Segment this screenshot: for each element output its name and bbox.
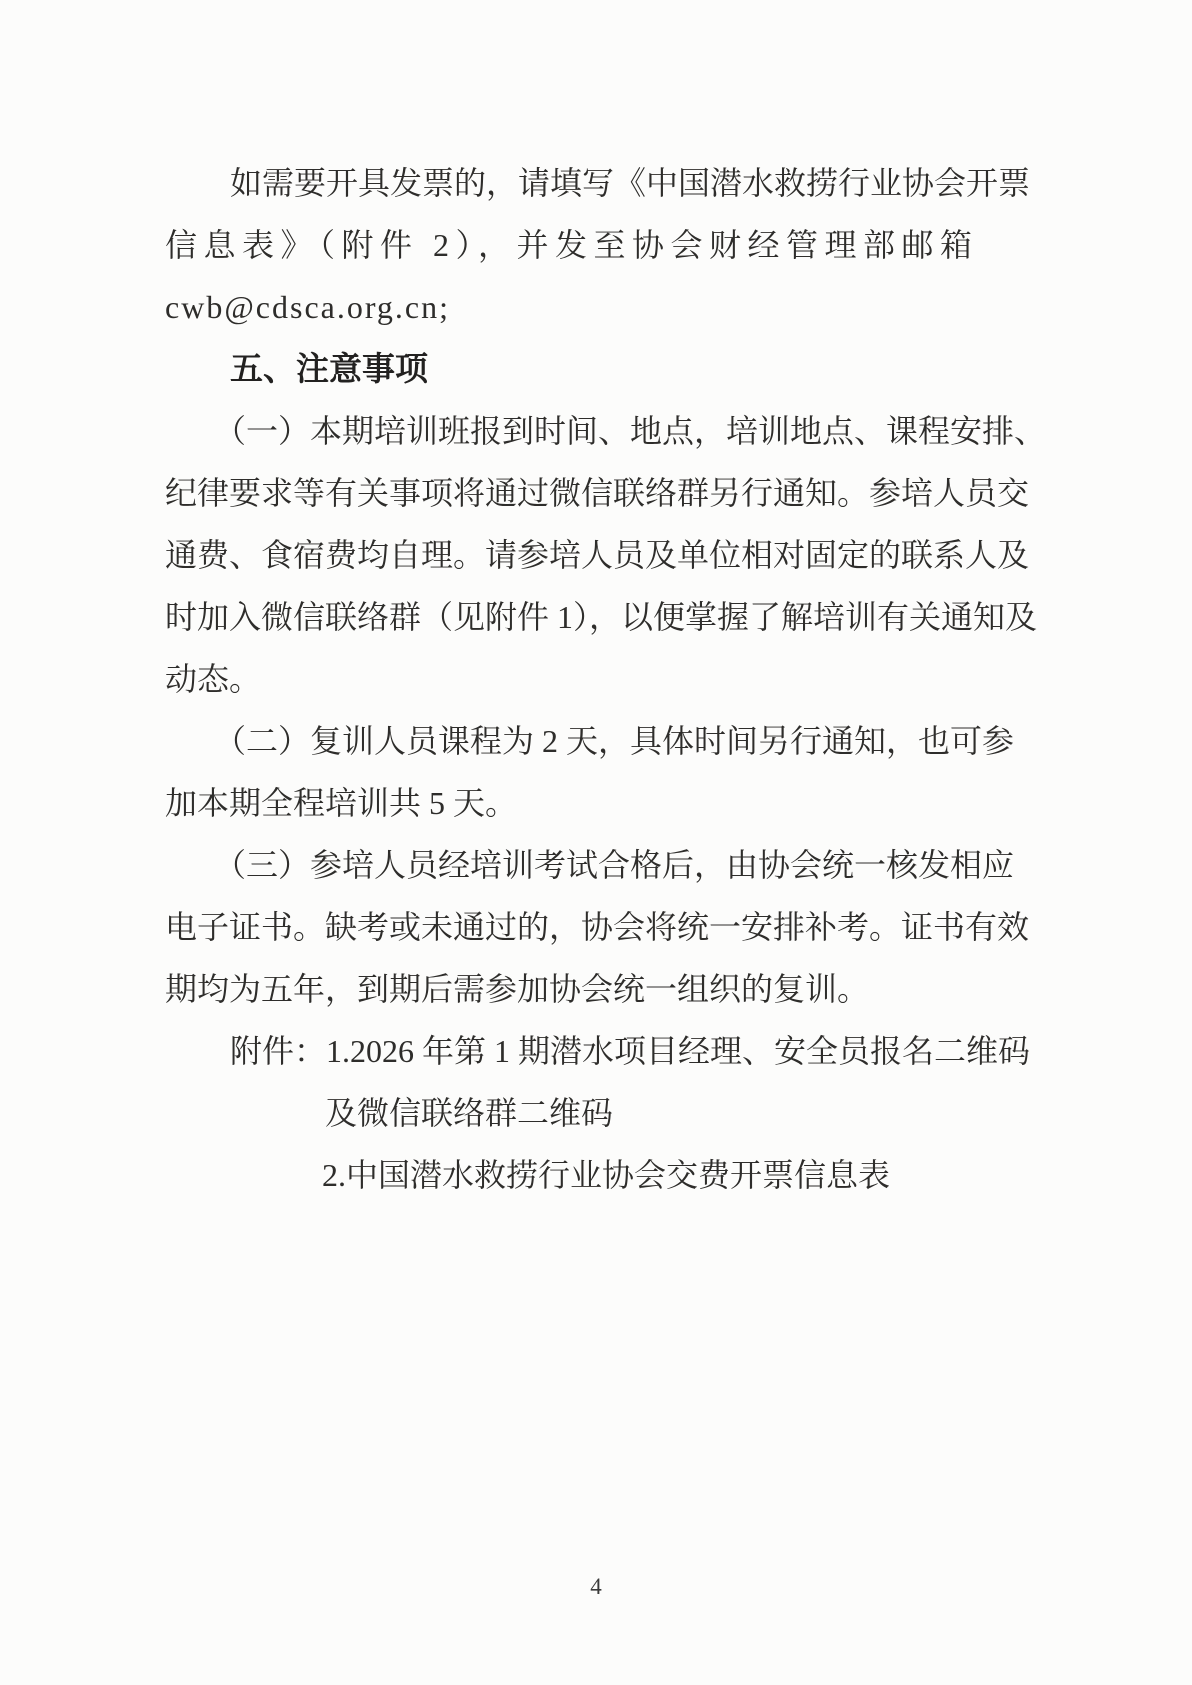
document-content: 如需要开具发票的，请填写《中国潜水救捞行业协会开票 信息表》（附件 2），并发至… — [165, 152, 1028, 1206]
note-1-line-3: 通费、食宿费均自理。请参培人员及单位相对固定的联系人及 — [165, 524, 1028, 586]
paragraph-invoice-line-2: 信息表》（附件 2），并发至协会财经管理部邮箱 — [165, 214, 1028, 276]
note-1-line-4: 时加入微信联络群（见附件 1），以便掌握了解培训有关通知及 — [165, 586, 1028, 648]
note-2-line-1: （二）复训人员课程为 2 天，具体时间另行通知，也可参 — [165, 710, 1028, 772]
attachments-item-1-line-2: 及微信联络群二维码 — [165, 1082, 1028, 1144]
note-3-line-3: 期均为五年，到期后需参加协会统一组织的复训。 — [165, 958, 1028, 1020]
email-address-line: cwb@cdsca.org.cn; — [165, 276, 1028, 338]
note-2-line-2: 加本期全程培训共 5 天。 — [165, 772, 1028, 834]
attachments-item-2: 2.中国潜水救捞行业协会交费开票信息表 — [165, 1144, 1028, 1206]
attachments-item-1-line-1: 附件：1.2026 年第 1 期潜水项目经理、安全员报名二维码 — [165, 1020, 1028, 1082]
note-1-line-5: 动态。 — [165, 648, 1028, 710]
document-page: 如需要开具发票的，请填写《中国潜水救捞行业协会开票 信息表》（附件 2），并发至… — [0, 0, 1192, 1685]
note-1-line-2: 纪律要求等有关事项将通过微信联络群另行通知。参培人员交 — [165, 462, 1028, 524]
section-heading-notes: 五、注意事项 — [165, 338, 1028, 400]
note-3-line-2: 电子证书。缺考或未通过的，协会将统一安排补考。证书有效 — [165, 896, 1028, 958]
paragraph-invoice-line-1: 如需要开具发票的，请填写《中国潜水救捞行业协会开票 — [165, 152, 1028, 214]
page-number: 4 — [0, 1572, 1192, 1602]
note-1-line-1: （一）本期培训班报到时间、地点，培训地点、课程安排、 — [165, 400, 1028, 462]
note-3-line-1: （三）参培人员经培训考试合格后，由协会统一核发相应 — [165, 834, 1028, 896]
